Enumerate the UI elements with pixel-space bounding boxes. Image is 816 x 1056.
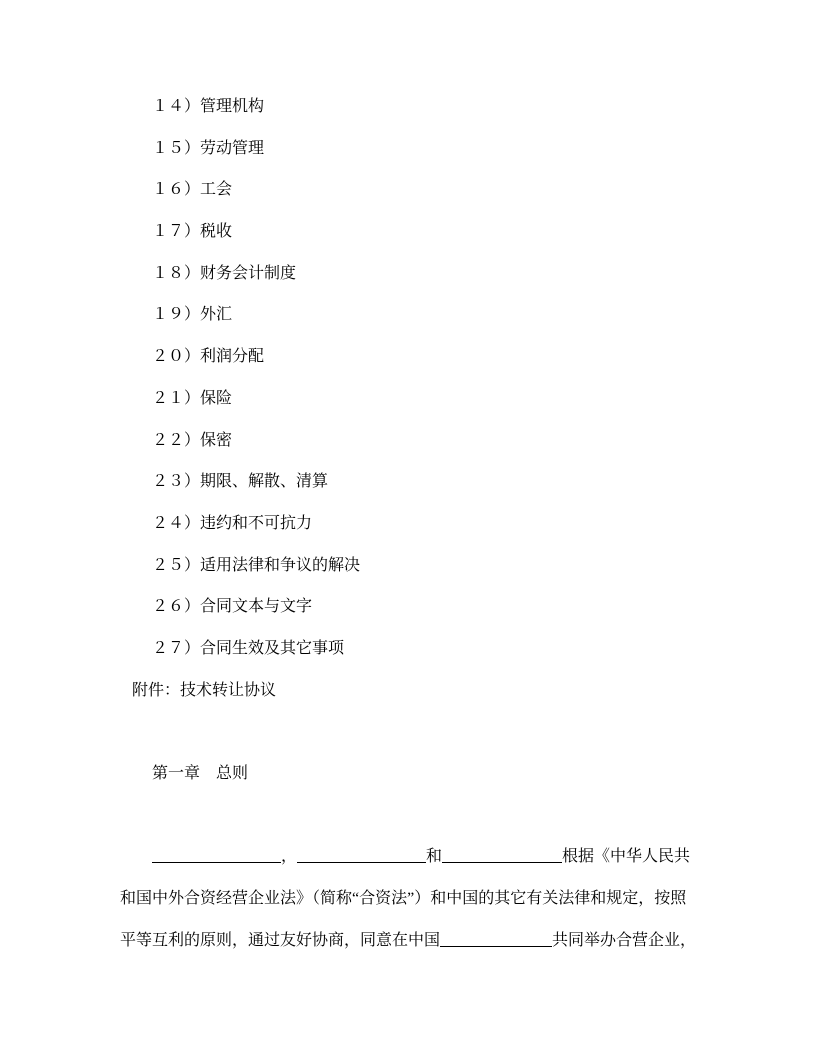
document-page: １４）管理机构 １５）劳动管理 １６）工会 １７）税收 １８）财务会计制度 １９… — [0, 0, 816, 1056]
toc-item-27: ２７）合同生效及其它事项 — [120, 628, 718, 670]
toc-item-21: ２１）保险 — [120, 378, 718, 420]
blank-row — [120, 795, 718, 837]
toc-item-18: １８）财务会计制度 — [120, 253, 718, 295]
conjunction-text: 和 — [426, 848, 442, 865]
toc-item-16: １６）工会 — [120, 169, 718, 211]
toc-item-19: １９）外汇 — [120, 294, 718, 336]
paragraph-line-3-tail: 共同举办合营企业， — [552, 932, 696, 949]
blank-location — [440, 932, 552, 947]
paragraph-line-1: ，和根据《中华人民共 — [120, 836, 718, 878]
blank-party-1 — [152, 848, 281, 863]
toc-item-20: ２０）利润分配 — [120, 336, 718, 378]
comma-text: ， — [281, 848, 297, 865]
blank-row — [120, 711, 718, 753]
toc-item-23: ２３）期限、解散、清算 — [120, 461, 718, 503]
toc-item-26: ２６）合同文本与文字 — [120, 586, 718, 628]
chapter-heading: 第一章 总则 — [120, 753, 718, 795]
toc-item-17: １７）税收 — [120, 211, 718, 253]
blank-party-3 — [442, 848, 562, 863]
toc-item-15: １５）劳动管理 — [120, 128, 718, 170]
paragraph-line-1-tail: 根据《中华人民共 — [562, 848, 690, 865]
paragraph-line-3-head: 平等互利的原则，通过友好协商，同意在中国 — [120, 932, 440, 949]
attachment-line: 附件：技术转让协议 — [120, 670, 718, 712]
blank-party-2 — [297, 848, 426, 863]
toc-item-25: ２５）适用法律和争议的解决 — [120, 545, 718, 587]
paragraph-line-2: 和国中外合资经营企业法》（简称“合资法”）和中国的其它有关法律和规定，按照 — [120, 878, 718, 920]
toc-item-14: １４）管理机构 — [120, 86, 718, 128]
toc-item-24: ２４）违约和不可抗力 — [120, 503, 718, 545]
toc-item-22: ２２）保密 — [120, 420, 718, 462]
paragraph-line-3: 平等互利的原则，通过友好协商，同意在中国共同举办合营企业， — [120, 920, 718, 962]
